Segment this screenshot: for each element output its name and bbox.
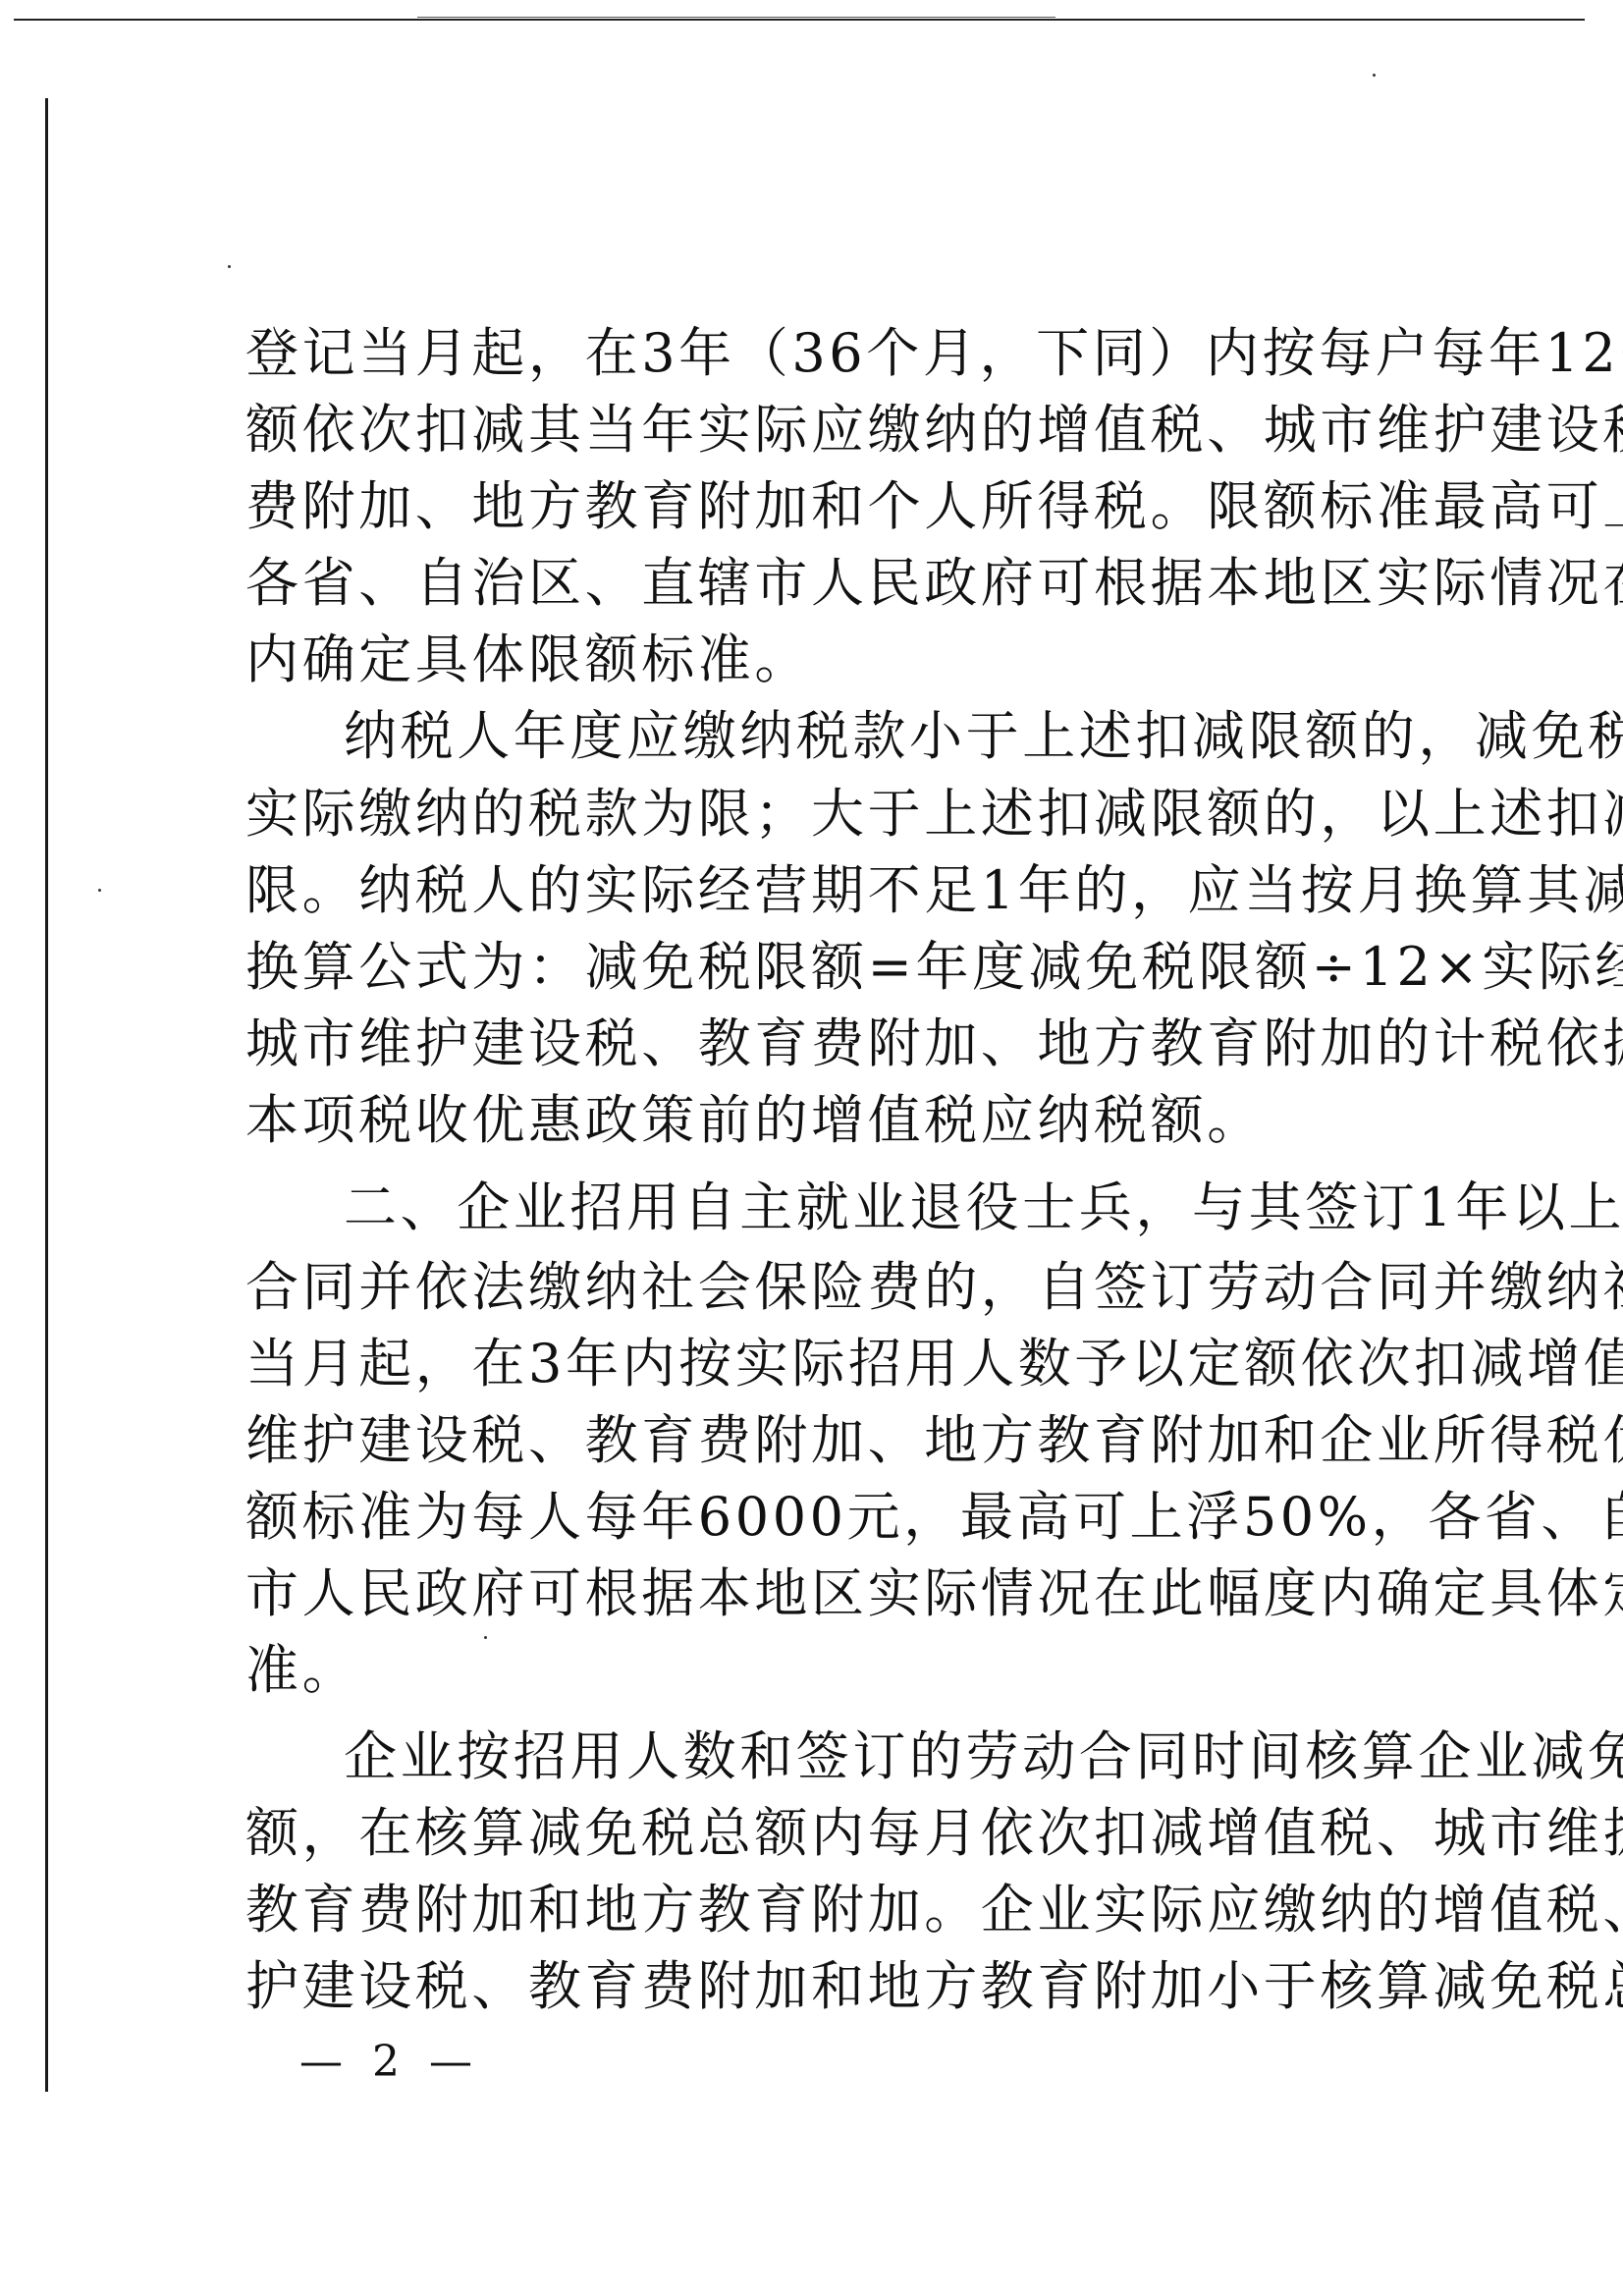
text-line: 额标准为每人每年6000元，最高可上浮50%，各省、自治区、直辖	[245, 1479, 1419, 1556]
text-line: 护建设税、教育费附加和地方教育附加小于核算减免税总额的，	[245, 1948, 1419, 2025]
text-line: 限。纳税人的实际经营期不足1年的，应当按月换算其减免税限额。	[245, 852, 1419, 929]
text-line: 企业按招用人数和签订的劳动合同时间核算企业减免税总	[344, 1719, 1419, 1795]
text-line: 登记当月起，在3年（36个月，下同）内按每户每年12000元为限	[245, 315, 1419, 392]
text-line: 纳税人年度应缴纳税款小于上述扣减限额的，减免税额以其	[344, 698, 1419, 775]
text-line: 实际缴纳的税款为限；大于上述扣减限额的，以上述扣减限额为	[245, 776, 1419, 852]
text-line: 换算公式为：减免税限额=年度减免税限额÷12×实际经营月数。	[245, 929, 1419, 1006]
text-line: 额，在核算减免税总额内每月依次扣减增值税、城市维护建设税、	[245, 1795, 1419, 1872]
text-line: 内确定具体限额标准。	[245, 622, 1419, 698]
text-line: 额依次扣减其当年实际应缴纳的增值税、城市维护建设税、教育	[245, 392, 1419, 468]
text-line: 本项税收优惠政策前的增值税应纳税额。	[245, 1082, 1419, 1159]
text-line: 费附加、地方教育附加和个人所得税。限额标准最高可上浮20%，	[245, 468, 1419, 545]
scan-speck	[228, 265, 231, 268]
header-rule-faint	[417, 17, 1055, 18]
text-line: 二、企业招用自主就业退役士兵，与其签订1年以上期限劳动	[344, 1170, 1419, 1246]
text-line: 城市维护建设税、教育费附加、地方教育附加的计税依据是享受	[245, 1006, 1419, 1082]
text-line: 准。	[245, 1632, 1419, 1709]
header-rule	[14, 19, 1585, 21]
text-line: 当月起，在3年内按实际招用人数予以定额依次扣减增值税、城市	[245, 1326, 1419, 1402]
page-number: — 2 —	[299, 2038, 480, 2087]
scan-speck	[1373, 74, 1376, 77]
text-line: 市人民政府可根据本地区实际情况在此幅度内确定具体定额标	[245, 1556, 1419, 1632]
text-line: 各省、自治区、直辖市人民政府可根据本地区实际情况在此幅度	[245, 545, 1419, 622]
scan-speck	[98, 889, 101, 892]
text-line: 合同并依法缴纳社会保险费的，自签订劳动合同并缴纳社会保险	[245, 1249, 1419, 1326]
text-line: 教育费附加和地方教育附加。企业实际应缴纳的增值税、城市维	[245, 1872, 1419, 1948]
binding-margin-line	[45, 98, 48, 2092]
text-line: 维护建设税、教育费附加、地方教育附加和企业所得税优惠。定	[245, 1402, 1419, 1479]
